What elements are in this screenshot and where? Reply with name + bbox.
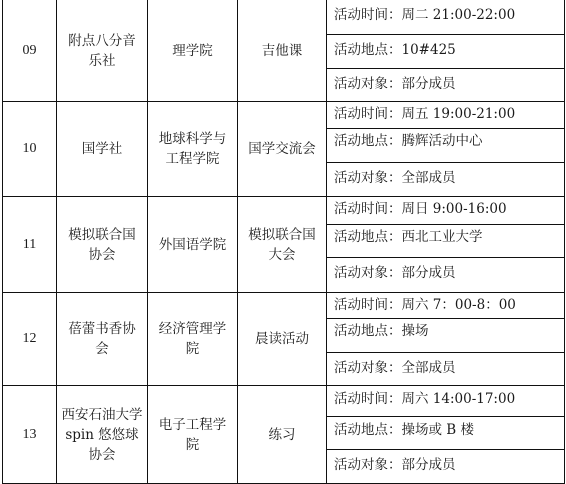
activity-time: 活动时间：周六 14:00-17:00	[327, 386, 565, 417]
activity-place: 活动地点：操场	[327, 319, 565, 353]
club-name: 模拟联合国协会	[57, 197, 148, 293]
college-name: 电子工程学院	[148, 386, 238, 484]
activity-audience: 活动对象：全部成员	[327, 163, 565, 197]
activity-name: 模拟联合国大会	[238, 197, 327, 293]
table-row: 12 蓓蕾书香协会 经济管理学院 晨读活动 活动时间：周六 7：00-8：00	[3, 293, 565, 319]
row-number: 13	[3, 386, 57, 484]
row-number: 10	[3, 102, 57, 197]
activity-time: 活动时间：周六 7：00-8：00	[327, 293, 565, 319]
activity-name: 国学交流会	[238, 102, 327, 197]
table-row: 13 西安石油大学 spin 悠悠球协会 电子工程学院 练习 活动时间：周六 1…	[3, 386, 565, 417]
activity-place: 活动地点：腾辉活动中心	[327, 129, 565, 163]
activity-audience: 活动对象：部分成员	[327, 69, 565, 102]
activity-place: 活动地点：操场或 B 楼	[327, 417, 565, 450]
activity-place: 活动地点：10#425	[327, 35, 565, 69]
activity-place: 活动地点：西北工业大学	[327, 225, 565, 258]
college-name: 理学院	[148, 0, 238, 102]
club-name: 国学社	[57, 102, 148, 197]
table-row: 11 模拟联合国协会 外国语学院 模拟联合国大会 活动时间：周日 9:00-16…	[3, 197, 565, 225]
row-number: 09	[3, 0, 57, 102]
table-row: 10 国学社 地球科学与工程学院 国学交流会 活动时间：周五 19:00-21:…	[3, 102, 565, 129]
club-name: 附点八分音乐社	[57, 0, 148, 102]
row-number: 12	[3, 293, 57, 386]
college-name: 外国语学院	[148, 197, 238, 293]
activity-audience: 活动对象：全部成员	[327, 353, 565, 386]
activity-audience: 活动对象：部分成员	[327, 258, 565, 293]
activity-name: 晨读活动	[238, 293, 327, 386]
activity-time: 活动时间：周二 21:00-22:00	[327, 0, 565, 35]
row-number: 11	[3, 197, 57, 293]
activity-time: 活动时间：周五 19:00-21:00	[327, 102, 565, 129]
club-name: 蓓蕾书香协会	[57, 293, 148, 386]
table-row: 09 附点八分音乐社 理学院 吉他课 活动时间：周二 21:00-22:00	[3, 0, 565, 35]
activity-name: 吉他课	[238, 0, 327, 102]
activity-time: 活动时间：周日 9:00-16:00	[327, 197, 565, 225]
college-name: 经济管理学院	[148, 293, 238, 386]
college-name: 地球科学与工程学院	[148, 102, 238, 197]
club-name: 西安石油大学 spin 悠悠球协会	[57, 386, 148, 484]
activity-name: 练习	[238, 386, 327, 484]
activity-audience: 活动对象：部分成员	[327, 450, 565, 484]
club-activity-table: 09 附点八分音乐社 理学院 吉他课 活动时间：周二 21:00-22:00 活…	[2, 0, 565, 484]
